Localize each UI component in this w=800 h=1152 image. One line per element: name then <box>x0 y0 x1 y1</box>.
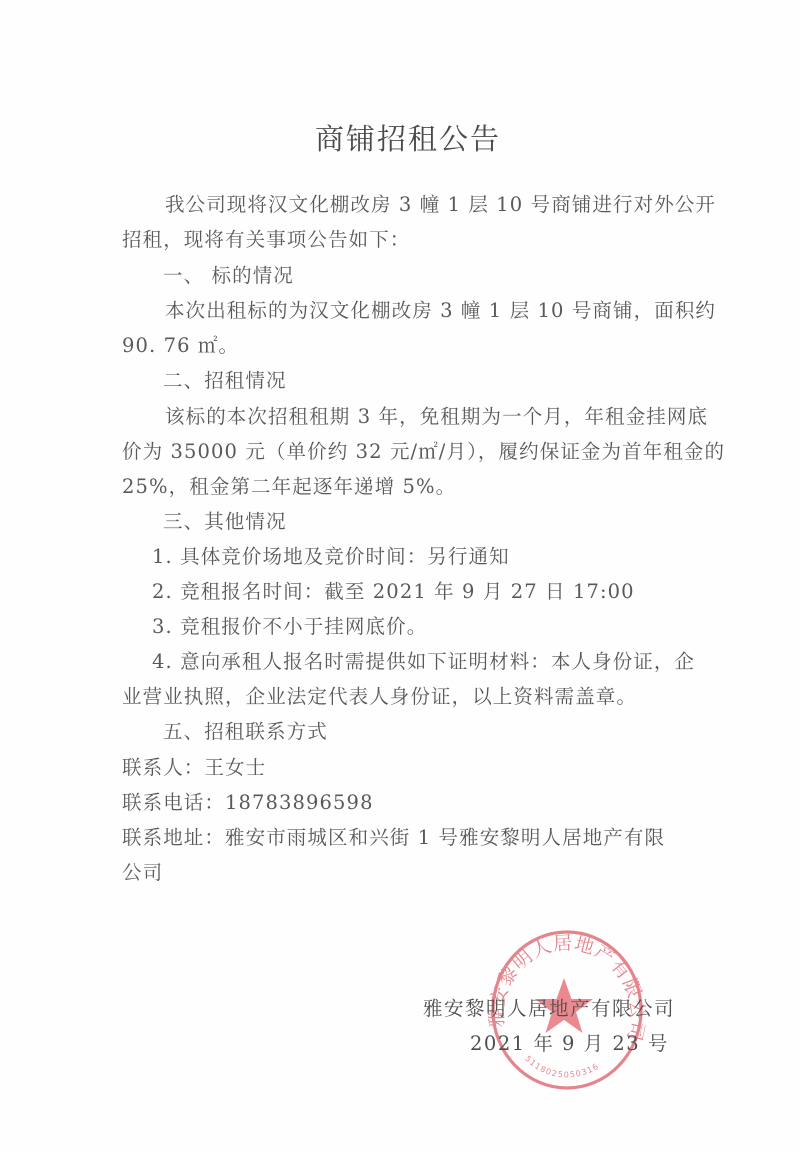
section-2-line-2: 价为 35000 元（单价约 32 元/㎡/月），履约保证金为首年租金的 <box>122 440 725 464</box>
section-2-heading: 二、招租情况 <box>163 369 287 393</box>
section-1-line-2: 90. 76 ㎡。 <box>122 334 239 358</box>
section-1-heading: 一、 标的情况 <box>163 264 294 288</box>
section-3-item-2: 2. 竞租报名时间：截至 2021 年 9 月 27 日 17:00 <box>152 580 635 604</box>
section-3-item-4: 4. 意向承租人报名时需提供如下证明材料：本人身份证，企 <box>152 650 695 674</box>
signature-date: 2021 年 9 月 23 号 <box>470 1028 669 1056</box>
contact-address-line-2: 公司 <box>122 861 163 885</box>
seal-serial-number: 5118025050316 <box>523 1054 601 1079</box>
signature-company: 雅安黎明人居地产有限公司 <box>423 993 675 1021</box>
contact-address-line-1: 联系地址：雅安市雨城区和兴街 1 号雅安黎明人居地产有限 <box>122 826 665 850</box>
section-5-heading: 五、招租联系方式 <box>163 720 328 744</box>
intro-line-2: 招租，现将有关事项公告如下： <box>122 228 410 252</box>
section-3-item-1: 1. 具体竞价场地及竞价时间：另行通知 <box>152 545 510 569</box>
section-2-line-1: 该标的本次招租租期 3 年，免租期为一个月，年租金挂网底 <box>165 405 708 429</box>
document-page: 商铺招租公告 我公司现将汉文化棚改房 3 幢 1 层 10 号商铺进行对外公开 … <box>0 0 800 1152</box>
section-3-item-4-continuation: 业营业执照，企业法定代表人身份证，以上资料需盖章。 <box>122 685 637 709</box>
intro-line-1: 我公司现将汉文化棚改房 3 幢 1 层 10 号商铺进行对外公开 <box>165 193 716 217</box>
section-3-item-3: 3. 竞租报价不小于挂网底价。 <box>152 615 427 639</box>
section-2-line-3: 25%，租金第二年起逐年递增 5%。 <box>122 475 456 499</box>
document-title: 商铺招租公告 <box>0 117 800 158</box>
contact-person: 联系人：王女士 <box>122 756 266 780</box>
contact-phone: 联系电话：18783896598 <box>122 791 374 815</box>
section-3-heading: 三、其他情况 <box>163 510 287 534</box>
section-1-line-1: 本次出租标的为汉文化棚改房 3 幢 1 层 10 号商铺，面积约 <box>165 299 716 323</box>
